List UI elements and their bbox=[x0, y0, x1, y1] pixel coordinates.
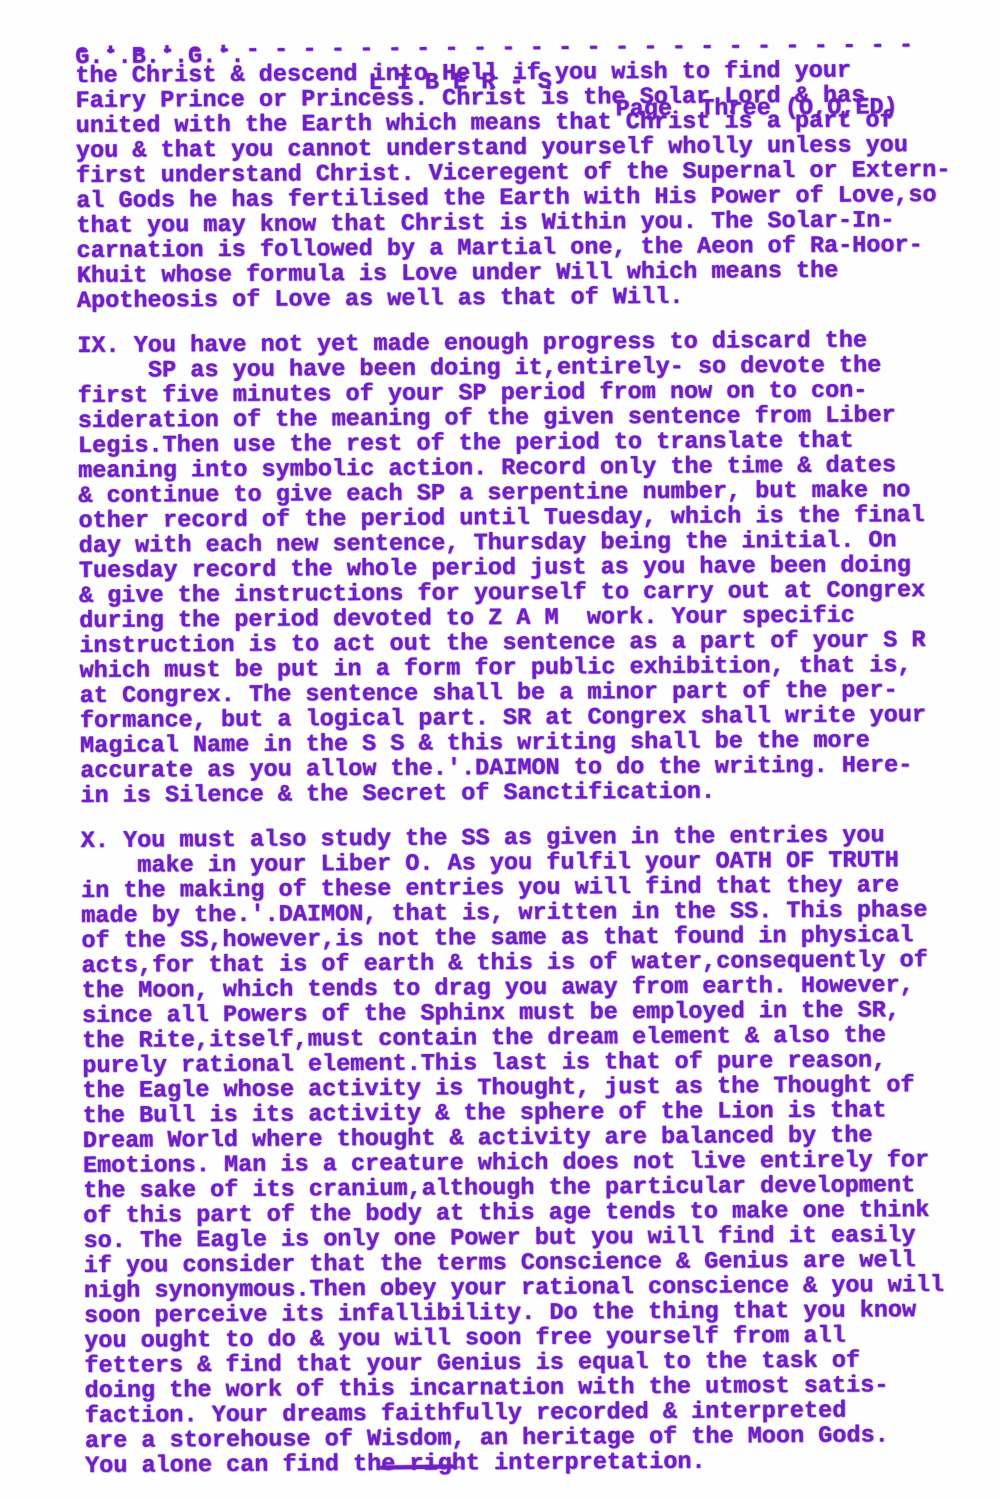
document-page: G.'.B.'.G.'. L I B E R - S Page Three (O… bbox=[0, 0, 1000, 1499]
paragraph-section-x: X. You must also study the SS as given i… bbox=[81, 823, 976, 1479]
text-line: in is Silence & the Secret of Sanctifica… bbox=[80, 778, 970, 809]
header-title: L I B E R - S bbox=[368, 69, 552, 98]
header-page-label: Page Three (O,O,ED) bbox=[616, 94, 898, 124]
header-org-label: G.'.B.'.G.'. bbox=[75, 43, 244, 72]
text-line: Apotheosis of Love as well as that of Wi… bbox=[77, 283, 967, 314]
text-line: You alone can find the right interpretat… bbox=[85, 1448, 975, 1479]
paragraph-section-ix: IX. You have not yet made enough progres… bbox=[77, 328, 970, 809]
typewritten-content: G.'.B.'.G.'. L I B E R - S Page Three (O… bbox=[75, 10, 975, 1479]
